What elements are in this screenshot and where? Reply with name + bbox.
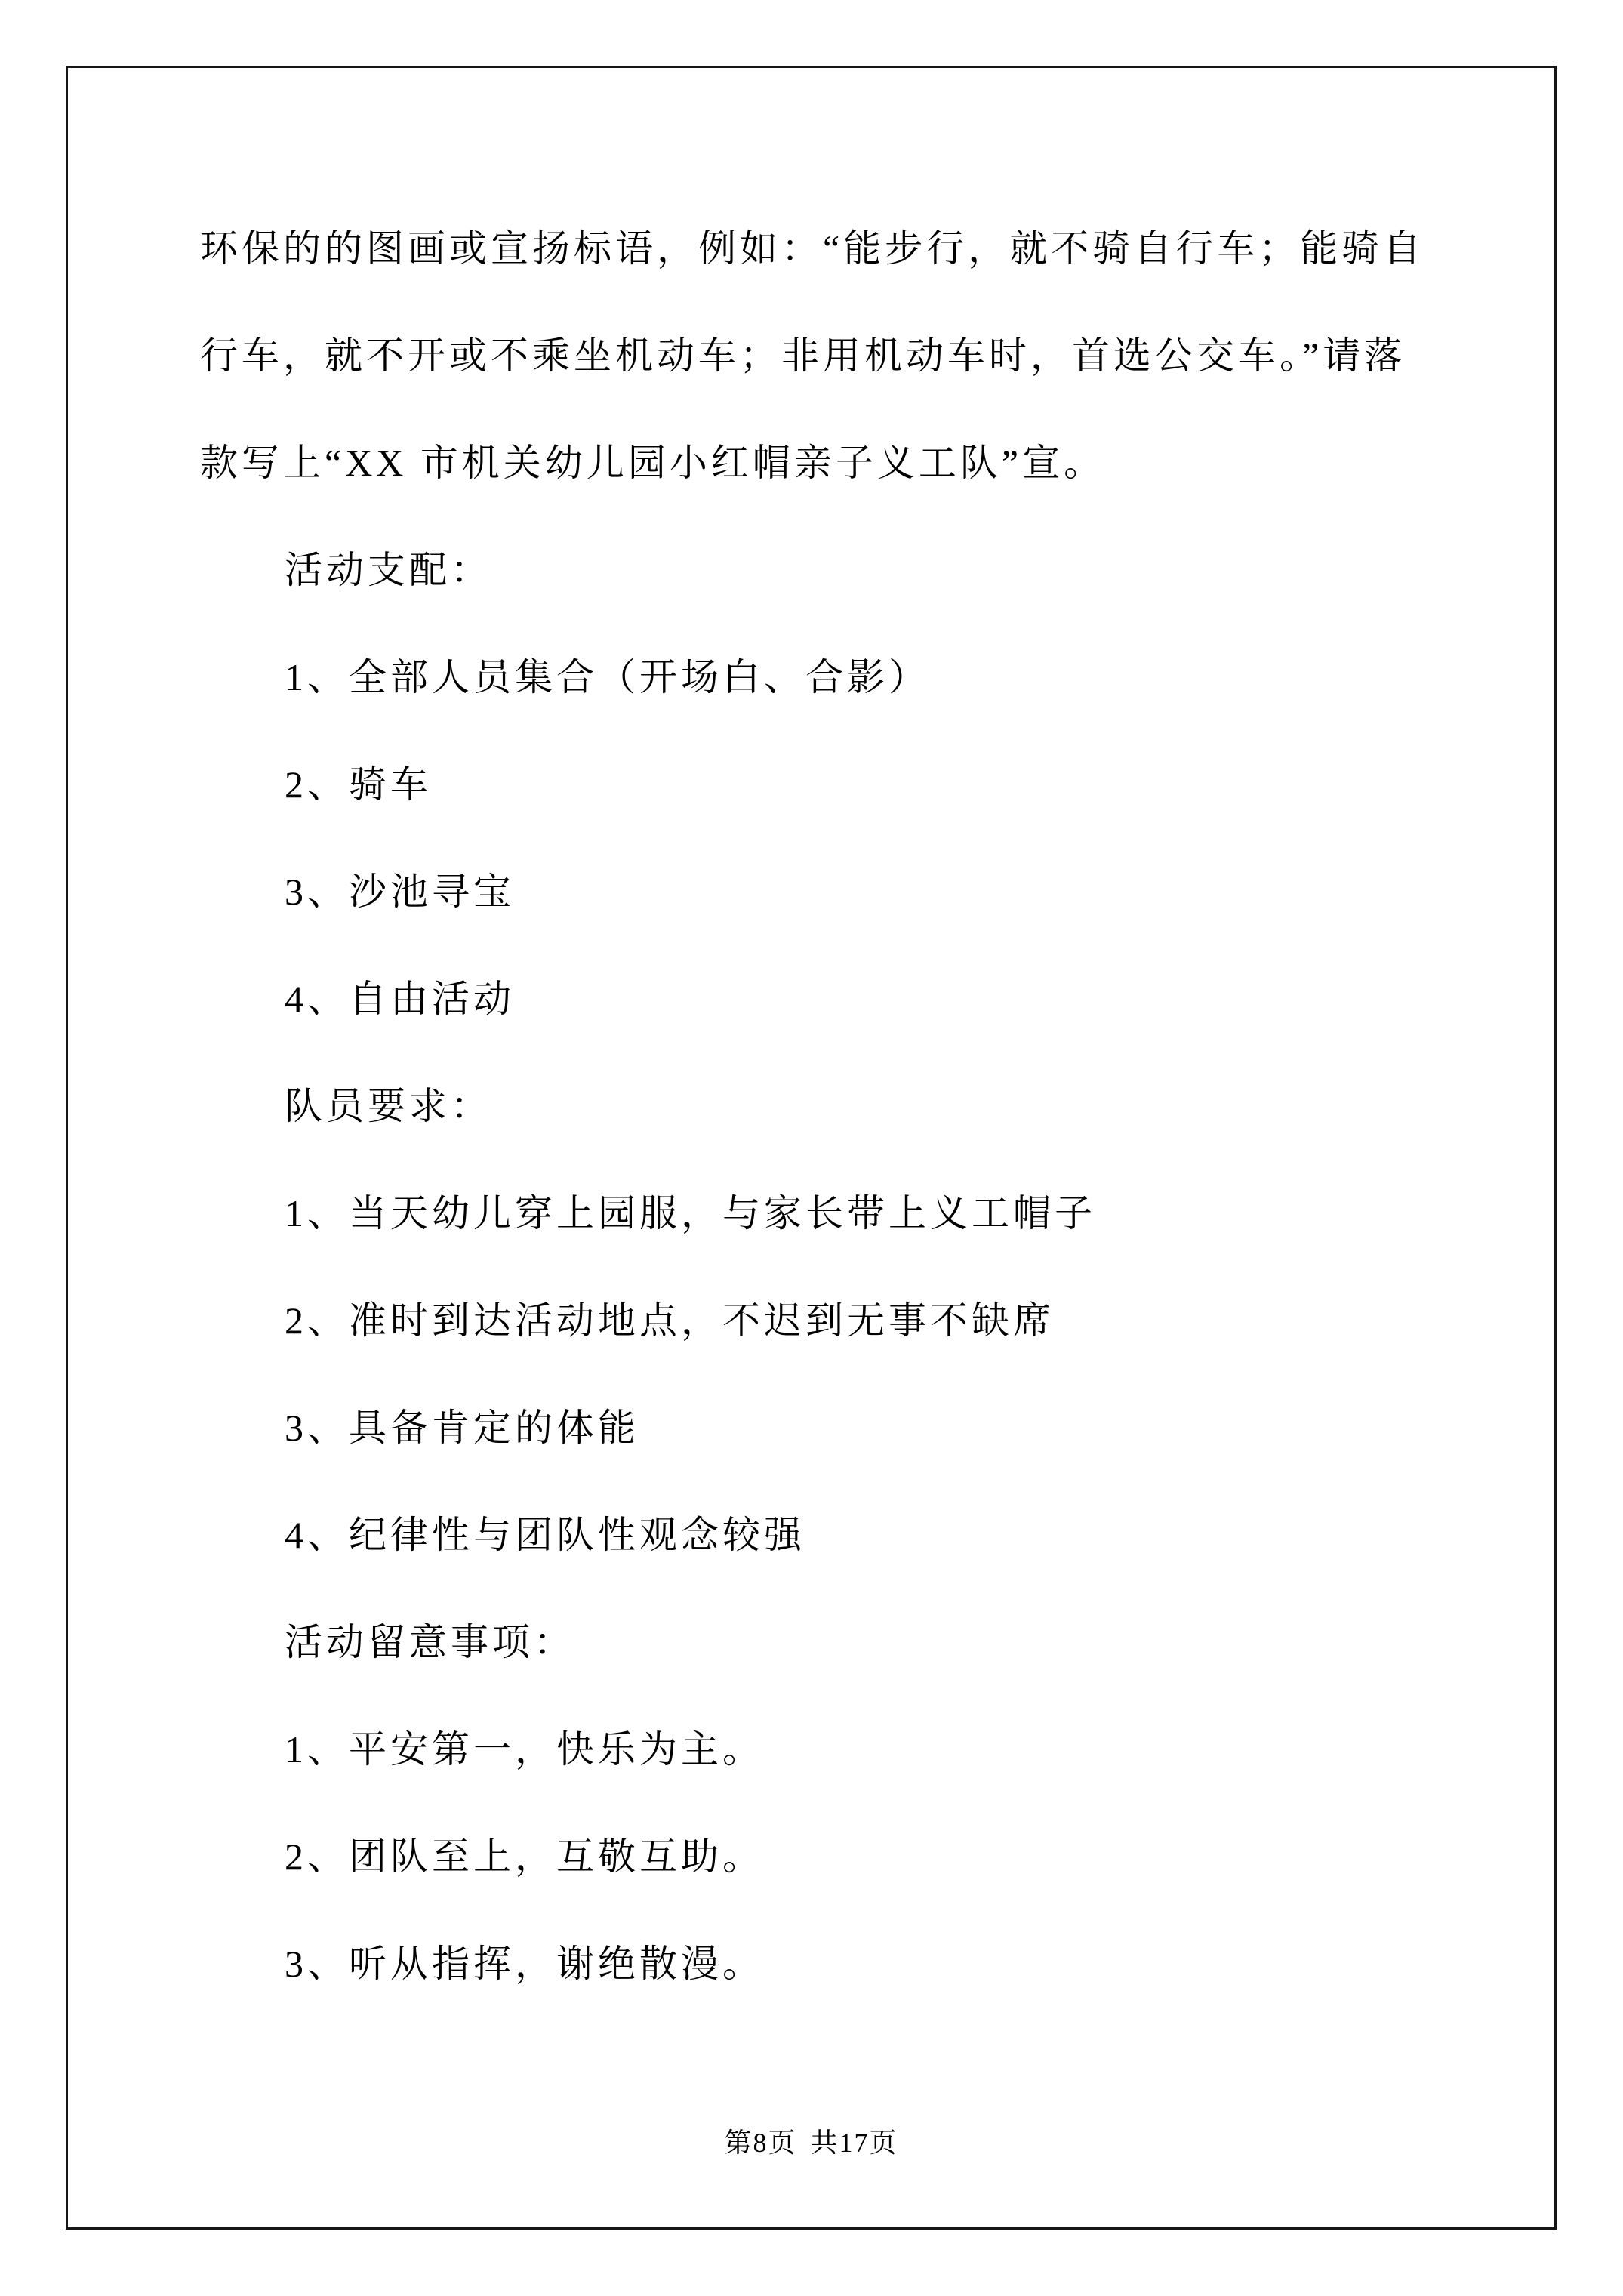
- text-line: 1、平安第一，快乐为主。: [200, 1696, 1479, 1803]
- text-line: 4、纪律性与团队性观念较强: [200, 1481, 1479, 1589]
- text-line: 1、全部人员集合（开场白、合影）: [200, 624, 1479, 731]
- text-line: 4、自由活动: [200, 945, 1479, 1052]
- page-number: 第8页: [724, 2128, 796, 2158]
- text-line: 2、团队至上，互敬互助。: [200, 1803, 1479, 1910]
- text-line: 1、当天幼儿穿上园服，与家长带上义工帽子: [200, 1160, 1479, 1267]
- total-pages: 共17页: [811, 2128, 898, 2158]
- text-lines: 环保的的图画或宣扬标语，例如：“能步行，就不骑自行车；能骑自行车，就不开或不乘坐…: [200, 195, 1479, 2017]
- text-line: 3、听从指挥，谢绝散漫。: [200, 1910, 1479, 2017]
- page-footer: 第8页共17页: [68, 2124, 1554, 2162]
- text-line: 环保的的图画或宣扬标语，例如：“能步行，就不骑自行车；能骑自: [200, 195, 1479, 302]
- text-line: 2、骑车: [200, 731, 1479, 838]
- text-line: 款写上“XX 市机关幼儿园小红帽亲子义工队”宣。: [200, 409, 1479, 516]
- text-line: 2、准时到达活动地点，不迟到无事不缺席: [200, 1267, 1479, 1374]
- text-line: 行车，就不开或不乘坐机动车；非用机动车时，首选公交车。”请落: [200, 302, 1479, 409]
- text-line: 队员要求：: [200, 1052, 1479, 1160]
- text-line: 3、具备肯定的体能: [200, 1374, 1479, 1481]
- text-line: 3、沙池寻宝: [200, 838, 1479, 945]
- text-line: 活动留意事项：: [200, 1589, 1479, 1696]
- page-border-frame: 环保的的图画或宣扬标语，例如：“能步行，就不骑自行车；能骑自行车，就不开或不乘坐…: [66, 66, 1557, 2230]
- text-line: 活动支配：: [200, 516, 1479, 624]
